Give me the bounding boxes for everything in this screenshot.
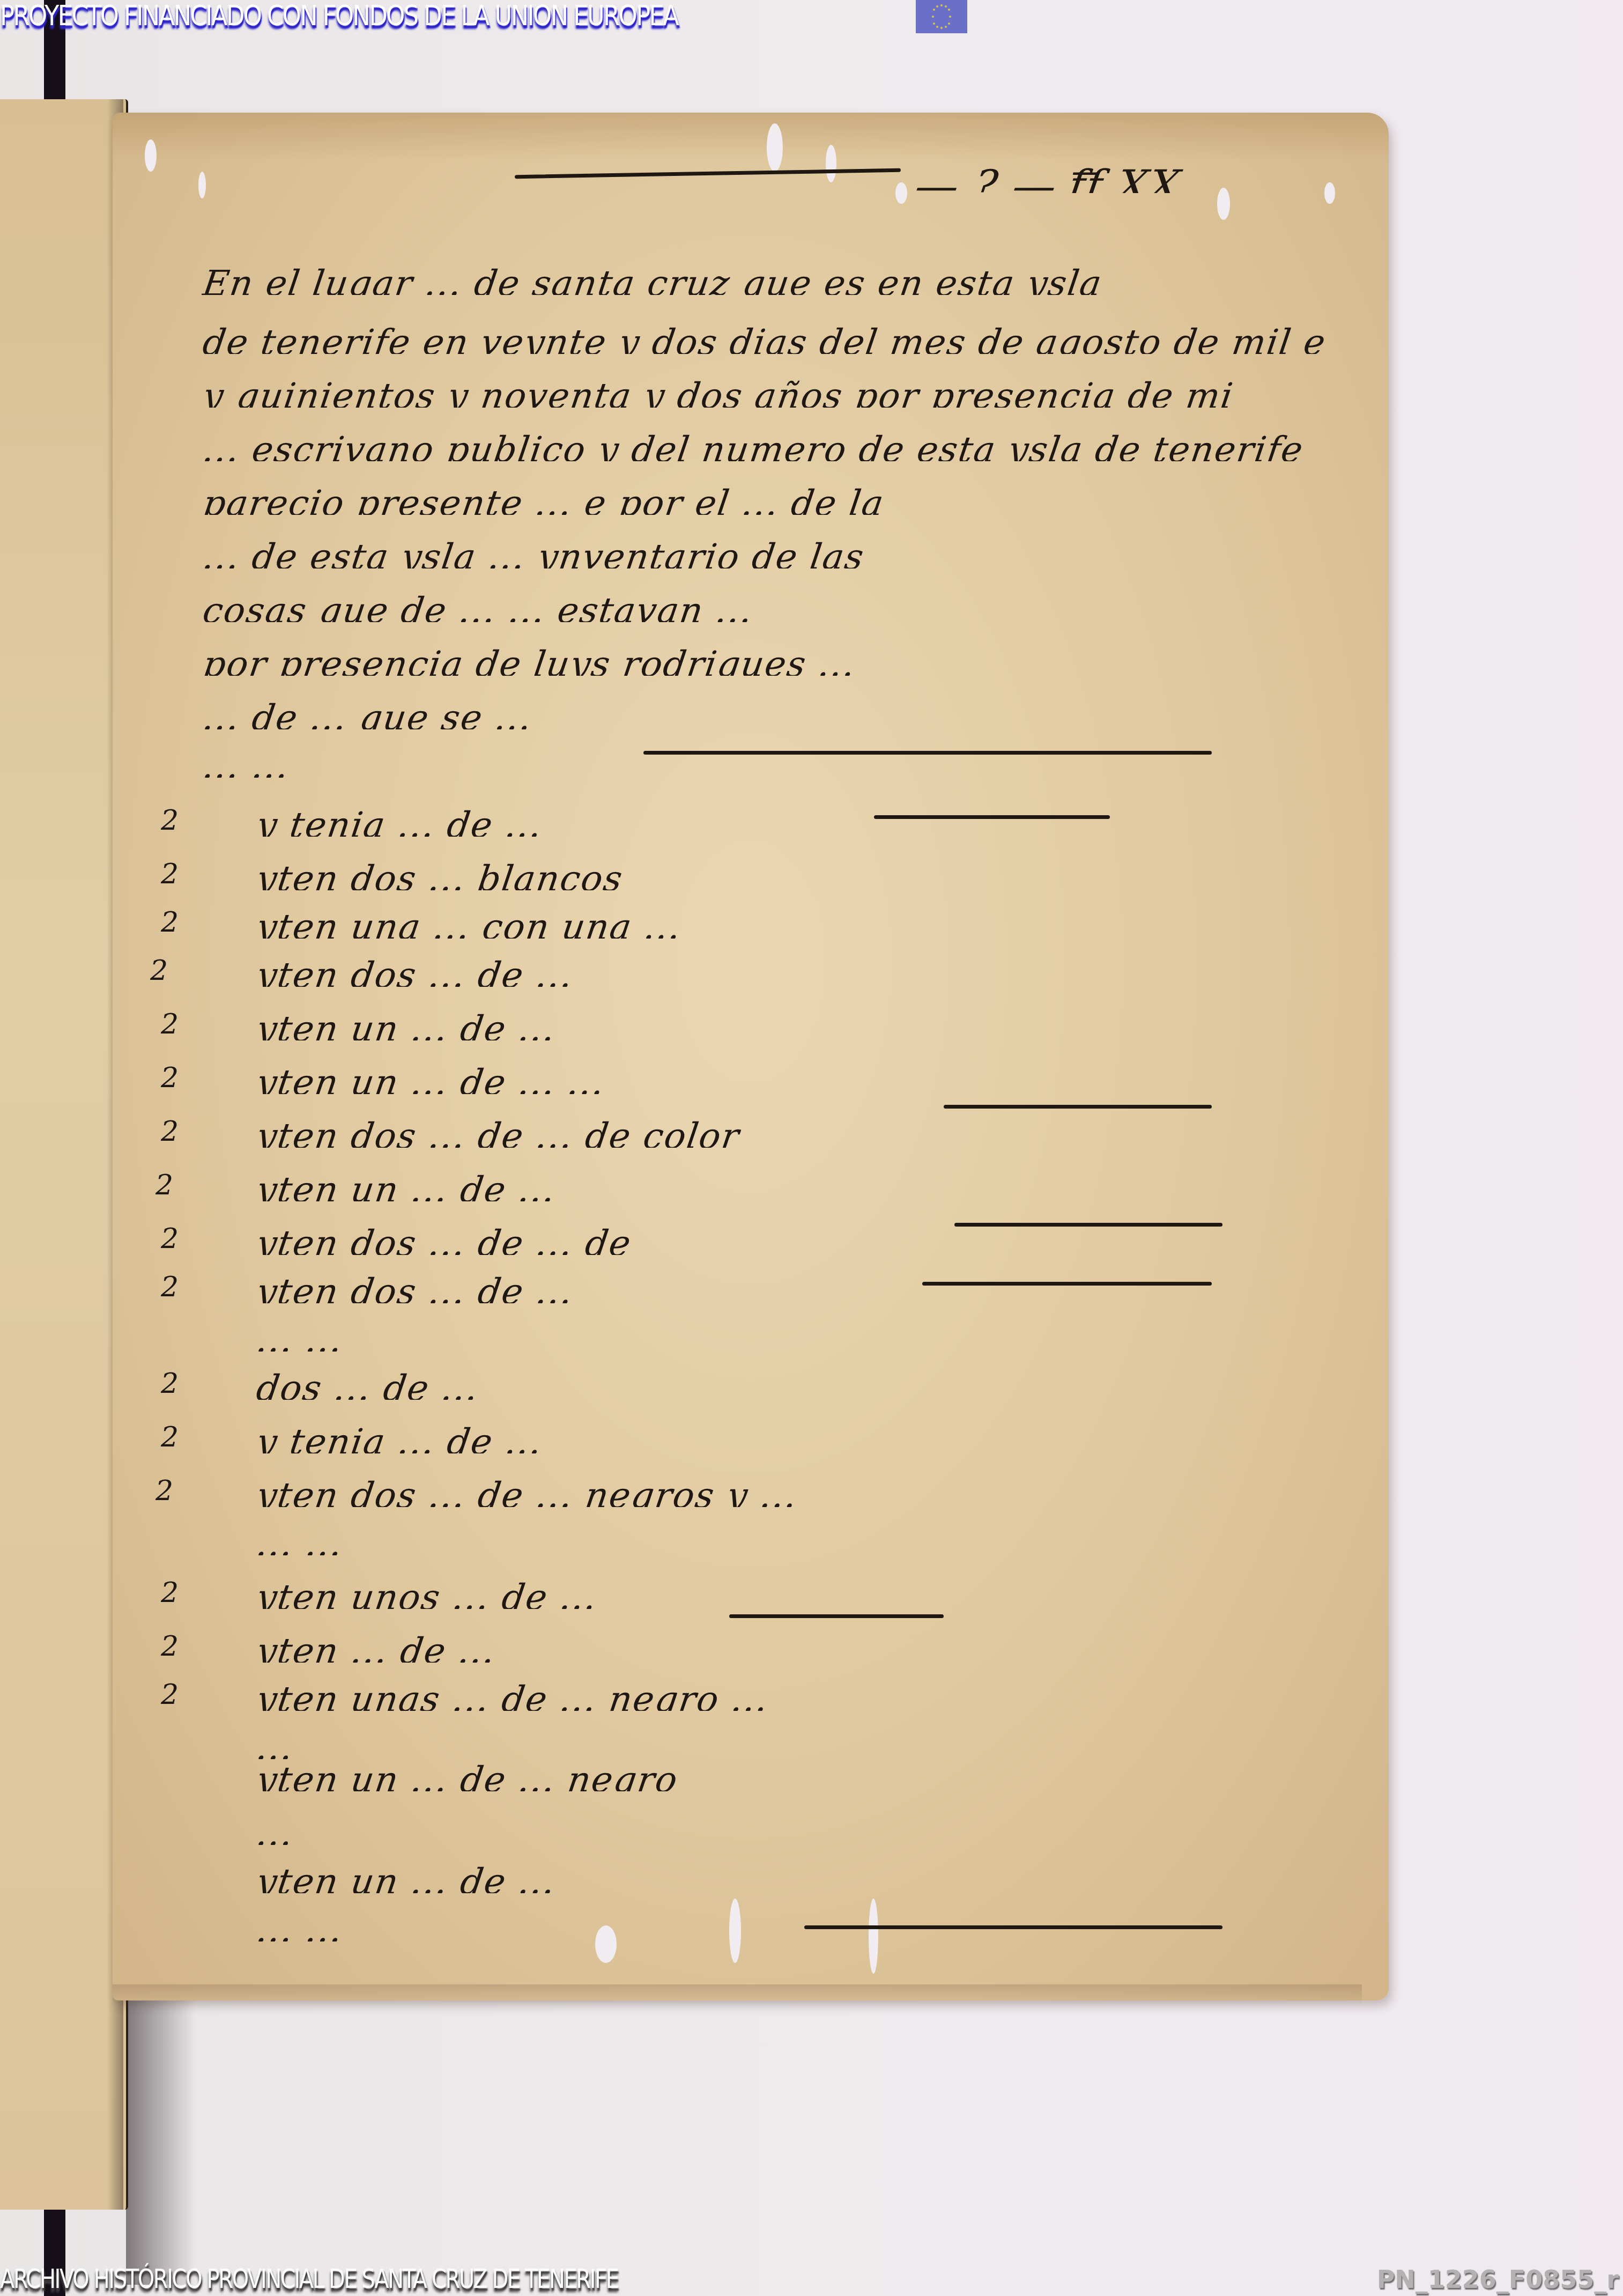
margin-mark: 2 [161, 1577, 179, 1609]
margin-mark: 2 [161, 1223, 179, 1255]
line-filler-rule [944, 1105, 1212, 1109]
manuscript-line: ... ... [255, 1319, 1412, 1352]
page-shadow [126, 1995, 196, 2285]
manuscript-line: ... ... [255, 1523, 1412, 1555]
manuscript-line: yten dos ... de ... [255, 1271, 1412, 1303]
margin-mark: 2 [161, 1116, 179, 1148]
line-filler-rule [643, 751, 1212, 755]
manuscript-line: yten un ... de ... [255, 1169, 1412, 1201]
line-filler-rule [922, 1282, 1212, 1286]
margin-mark: 2 [161, 1271, 179, 1303]
manuscript-line: yten un ... de ... ... [255, 1062, 1412, 1094]
line-filler-rule [729, 1614, 944, 1618]
manuscript-text: — ? — ͞ff XXI En el lugar ... de santa c… [204, 193, 1357, 1963]
line-filler-rule [954, 1223, 1222, 1227]
manuscript-line: yten dos ... de ... de [255, 1223, 1412, 1255]
margin-mark: 2 [155, 1475, 173, 1507]
margin-mark: 2 [161, 858, 179, 890]
wormhole [145, 139, 157, 172]
manuscript-line: y quinientos y noventa y dos años por pr… [202, 375, 1359, 408]
margin-mark: 2 [161, 804, 179, 837]
manuscript-line: yten unos ... de ... [255, 1577, 1412, 1609]
manuscript-line: yten unas ... de ... negro ... [255, 1679, 1412, 1711]
manuscript-line: yten un ... de ... [255, 1861, 1412, 1893]
manuscript-line: yten dos ... de ... de color [255, 1116, 1412, 1148]
manuscript-line: pareçio presente ... e por el ... de la [202, 483, 1359, 515]
manuscript-line: ... [255, 1813, 1412, 1845]
wormhole [767, 123, 783, 172]
margin-mark: 2 [161, 1679, 179, 1711]
margin-mark: 2 [161, 1368, 179, 1400]
manuscript-line: yten ... de ... [255, 1630, 1412, 1663]
manuscript-line: yten una ... con una ... [255, 906, 1412, 939]
margin-mark: 2 [155, 1169, 173, 1201]
margin-mark: 2 [161, 906, 179, 939]
line-filler-rule [874, 815, 1110, 819]
manuscript-line: ... escrivano publico y del numero de es… [202, 429, 1359, 461]
document-reference-code: PN_1226_F0855_r [1377, 2264, 1619, 2295]
margin-mark: 2 [150, 955, 168, 987]
manuscript-line: cosas que de ... ... estavan ... [202, 590, 1359, 622]
manuscript-line: yten dos ... de ... [255, 955, 1412, 987]
adjacent-folio-edge [0, 99, 128, 2210]
margin-mark: 2 [161, 1421, 179, 1453]
manuscript-line: ... ... [202, 745, 1359, 778]
manuscript-line: por presençia de luys rodrigues ... [202, 644, 1359, 676]
manuscript-line: y tenia ... de ... [255, 804, 1412, 837]
manuscript-line: yten un ... de ... negro [255, 1759, 1412, 1791]
manuscript-line: En el lugar ... de santa cruz que es en … [202, 263, 1359, 295]
funding-banner: PROYECTO FINANCIADO CON FONDOS DE LA UNI… [0, 0, 678, 33]
line-filler-rule [804, 1925, 1222, 1929]
margin-mark: 2 [161, 1630, 179, 1663]
manuscript-line: yten un ... de ... [255, 1008, 1412, 1040]
folio-number: — ? — ͞ff XXI [915, 161, 1187, 193]
manuscript-line: y tenia ... de ... [255, 1421, 1412, 1453]
margin-mark: 2 [161, 1008, 179, 1040]
manuscript-line: ... [255, 1727, 1412, 1759]
page-edge-shadow [113, 1984, 1362, 2006]
manuscript-line: yten dos ... blancos [255, 858, 1412, 890]
margin-mark: 2 [161, 1062, 179, 1094]
eu-flag-icon [916, 0, 967, 33]
manuscript-line: yten dos ... de ... negros y ... [255, 1475, 1412, 1507]
manuscript-line: ... de ... que se ... [202, 697, 1359, 729]
manuscript-line: ... de esta ysla ... ynventario de las [202, 536, 1359, 569]
manuscript-line: de tenerife en veynte y dos dias del mes… [202, 322, 1359, 354]
eu-stars-icon [916, 0, 967, 33]
archive-name-label: ARCHIVO HISTÓRICO PROVINCIAL DE SANTA CR… [0, 2263, 618, 2295]
wormhole [826, 145, 836, 182]
manuscript-line: dos ... de ... [255, 1368, 1412, 1400]
